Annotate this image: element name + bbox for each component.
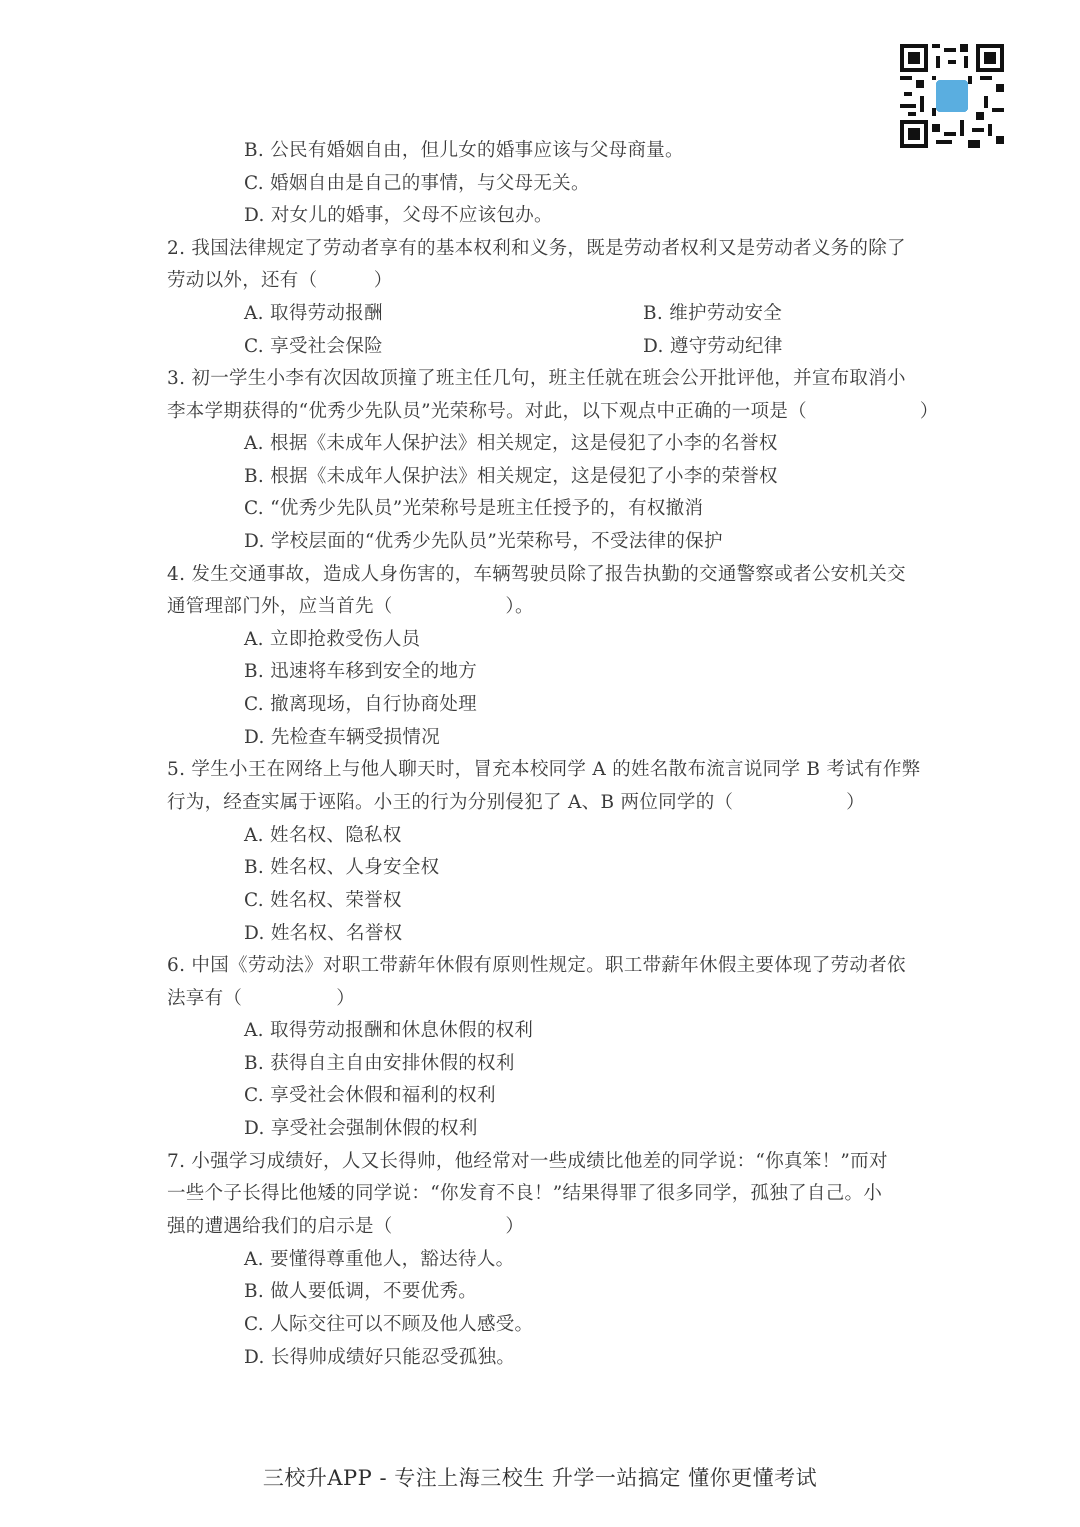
question-7-text-cont2: 强的遭遇给我们的启示是（ ） [167,1215,524,1239]
option-7d: D. 长得帅成绩好只能忍受孤独。 [244,1346,515,1370]
option-6c: C. 享受社会休假和福利的权利 [244,1084,496,1108]
option-3b: B. 根据《未成年人保护法》相关规定，这是侵犯了小李的荣誉权 [244,465,778,489]
option-7a: A. 要懂得尊重他人，豁达待人。 [244,1248,514,1272]
question-5-text: 5. 学生小王在网络上与他人聊天时，冒充本校同学 A 的姓名散布流言说同学 B … [167,758,921,782]
question-3-text-cont: 李本学期获得的“优秀少先队员”光荣称号。对此，以下观点中正确的一项是（ ） [167,400,939,424]
option-5d: D. 姓名权、名誉权 [244,922,402,946]
question-7-text: 7. 小强学习成绩好，人又长得帅，他经常对一些成绩比他差的同学说：“你真笨！”而… [167,1150,888,1174]
question-6-text: 6. 中国《劳动法》对职工带薪年休假有原则性规定。职工带薪年休假主要体现了劳动者… [167,954,906,978]
option-3d: D. 学校层面的“优秀少先队员”光荣称号，不受法律的保护 [244,530,723,554]
option-3c: C. “优秀少先队员”光荣称号是班主任授予的，有权撤消 [244,497,703,521]
option-6b: B. 获得自主自由安排休假的权利 [244,1052,515,1076]
option-3a: A. 根据《未成年人保护法》相关规定，这是侵犯了小李的名誉权 [244,432,778,456]
question-4-text: 4. 发生交通事故，造成人身伤害的，车辆驾驶员除了报告执勤的交通警察或者公安机关… [167,563,906,587]
option-2a: A. 取得劳动报酬 [244,302,383,326]
option-5c: C. 姓名权、荣誉权 [244,889,402,913]
option-4b: B. 迅速将车移到安全的地方 [244,660,477,684]
option-1d: D. 对女儿的婚事，父母不应该包办。 [244,204,553,228]
option-4c: C. 撤离现场，自行协商处理 [244,693,477,717]
option-7c: C. 人际交往可以不顾及他人感受。 [244,1313,533,1337]
question-7-text-cont: 一些个子长得比他矮的同学说：“你发育不良！”结果得罪了很多同学，孤独了自己。小 [167,1182,882,1206]
option-6a: A. 取得劳动报酬和休息休假的权利 [244,1019,533,1043]
option-1c: C. 婚姻自由是自己的事情，与父母无关。 [244,172,590,196]
question-3-text: 3. 初一学生小李有次因故顶撞了班主任几句，班主任就在班会公开批评他，并宣布取消… [167,367,906,391]
option-6d: D. 享受社会强制休假的权利 [244,1117,478,1141]
question-6-text-cont: 法享有（ ） [167,987,355,1011]
footer-slogan: 三校升APP - 专注上海三校生 升学一站搞定 懂你更懂考试 [0,1462,1080,1492]
question-2-text-cont: 劳动以外，还有（ ） [167,269,393,293]
option-4d: D. 先检查车辆受损情况 [244,726,440,750]
qr-code [900,44,1004,148]
option-2d: D. 遵守劳动纪律 [643,335,783,359]
option-5a: A. 姓名权、隐私权 [244,824,402,848]
option-2b: B. 维护劳动安全 [643,302,782,326]
question-5-text-cont: 行为，经查实属于诬陷。小王的行为分别侵犯了 A、B 两位同学的（ ） [167,791,865,815]
question-2-text: 2. 我国法律规定了劳动者享有的基本权利和义务，既是劳动者权利又是劳动者义务的除… [167,237,906,261]
option-4a: A. 立即抢救受伤人员 [244,628,420,652]
option-1b: B. 公民有婚姻自由，但儿女的婚事应该与父母商量。 [244,139,684,163]
question-4-text-cont: 通管理部门外，应当首先（ ）。 [167,595,534,619]
option-5b: B. 姓名权、人身安全权 [244,856,439,880]
option-7b: B. 做人要低调，不要优秀。 [244,1280,477,1304]
option-2c: C. 享受社会保险 [244,335,383,359]
